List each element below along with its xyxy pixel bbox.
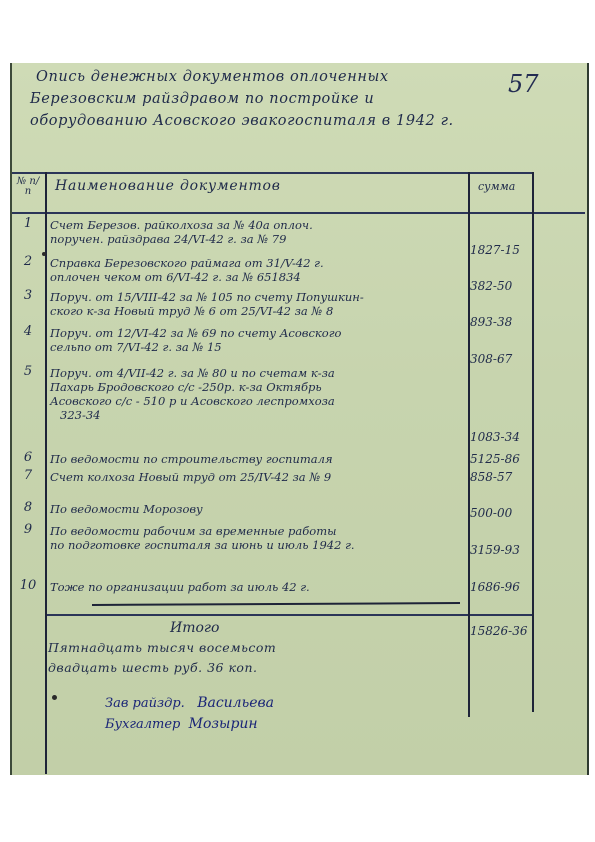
- row-description-line: Справка Березовского раймага от 31/V-42 …: [50, 256, 470, 270]
- row-description-line: по подготовке госпиталя за июнь и июль 1…: [50, 538, 470, 552]
- row-description: Поруч. от 4/VII-42 г. за № 80 и по счета…: [50, 366, 470, 422]
- row-description-line: Тоже по организации работ за июль 42 г.: [50, 580, 470, 594]
- row-description: По ведомости рабочим за временные работы…: [50, 524, 470, 552]
- row-amount: 308-67: [470, 352, 532, 366]
- table-top-rule: [12, 172, 532, 174]
- title-line-3: оборудованию Асовского эвакогоспиталя в …: [30, 110, 570, 132]
- row-description-line: ского к-за Новый труд № 6 от 25/VI-42 за…: [50, 304, 470, 318]
- row-description-line: 323-34: [50, 408, 470, 422]
- ink-spot: [52, 695, 57, 700]
- row-description: Поруч. от 15/VIII-42 за № 105 по счету П…: [50, 290, 470, 318]
- row-amount: 5125-86: [470, 452, 532, 466]
- page-number: 57: [508, 70, 539, 98]
- row-number: 7: [18, 468, 38, 483]
- signature-accountant-name: Мозырин: [189, 716, 258, 732]
- row-description-line: Счет колхоза Новый труд от 25/IV-42 за №…: [50, 470, 470, 484]
- document-title: Опись денежных документов оплоченных Бер…: [30, 66, 570, 132]
- row-number: 5: [18, 364, 38, 379]
- row-number: 2: [18, 254, 38, 269]
- row-description: По ведомости Морозову: [50, 502, 470, 516]
- ink-spot: [42, 252, 46, 256]
- signature-head: Зав райздр. Васильева: [105, 695, 274, 711]
- row-description: Справка Березовского раймага от 31/V-42 …: [50, 256, 470, 284]
- number-column-divider: [45, 172, 47, 774]
- row-amount: 893-38: [470, 315, 532, 329]
- header-number: № п/п: [15, 177, 41, 197]
- row-description: Тоже по организации работ за июль 42 г.: [50, 580, 470, 594]
- row-number: 8: [18, 500, 38, 515]
- row-description-line: Поруч. от 4/VII-42 г. за № 80 и по счета…: [50, 366, 470, 380]
- header-name: Наименование документов: [55, 178, 281, 194]
- header-amount: сумма: [478, 180, 515, 193]
- row-description-line: Поруч. от 15/VIII-42 за № 105 по счету П…: [50, 290, 470, 304]
- row-description-line: сельпо от 7/VI-42 г. за № 15: [50, 340, 470, 354]
- row-description-line: По ведомости рабочим за временные работы: [50, 524, 470, 538]
- row-amount: 382-50: [470, 279, 532, 293]
- row-description-line: По ведомости по строительству госпиталя: [50, 452, 470, 466]
- row-description-line: Поруч. от 12/VI-42 за № 69 по счету Асов…: [50, 326, 470, 340]
- row-description: Поруч. от 12/VI-42 за № 69 по счету Асов…: [50, 326, 470, 354]
- title-line-1: Опись денежных документов оплоченных: [30, 66, 570, 88]
- signature-head-name: Васильева: [197, 695, 274, 711]
- row-amount: 1083-34: [470, 430, 532, 444]
- row-description: По ведомости по строительству госпиталя: [50, 452, 470, 466]
- row-amount: 1686-96: [470, 580, 532, 594]
- row-description-line: По ведомости Морозову: [50, 502, 470, 516]
- row-number: 9: [18, 522, 38, 537]
- row-number: 3: [18, 288, 38, 303]
- row-description-line: поручен. райздрава 24/VI-42 г. за № 79: [50, 232, 470, 246]
- amount-column-right-divider: [532, 172, 534, 712]
- row-number: 6: [18, 450, 38, 465]
- row-description-line: Счет Березов. райколхоза за № 40а оплоч.: [50, 218, 470, 232]
- total-words-line-1: Пятнадцать тысяч восемьсот: [48, 638, 276, 658]
- row-description-line: Пахарь Бродовского с/с -250р. к-за Октяб…: [50, 380, 470, 394]
- row-amount: 500-00: [470, 506, 532, 520]
- row-number: 10: [18, 578, 38, 593]
- row-description-line: оплочен чеком от 6/VI-42 г. за № 651834: [50, 270, 470, 284]
- row-amount: 1827-15: [470, 243, 532, 257]
- total-words-line-2: двадцать шесть руб. 36 коп.: [48, 658, 276, 678]
- signature-head-role: Зав райздр.: [105, 696, 185, 711]
- total-rule: [45, 614, 532, 616]
- row-description-line: Асовского с/с - 510 р и Асовского леспро…: [50, 394, 470, 408]
- total-label: Итого: [170, 620, 219, 636]
- row-amount: 858-57: [470, 470, 532, 484]
- row-description: Счет колхоза Новый труд от 25/IV-42 за №…: [50, 470, 470, 484]
- total-amount: 15826-36: [470, 624, 528, 638]
- total-in-words: Пятнадцать тысяч восемьсот двадцать шест…: [48, 638, 276, 678]
- row-description: Счет Березов. райколхоза за № 40а оплоч.…: [50, 218, 470, 246]
- row-number: 4: [18, 324, 38, 339]
- signature-accountant-role: Бухгалтер: [105, 717, 180, 732]
- row-number: 1: [18, 216, 38, 231]
- table-header-rule: [12, 212, 585, 214]
- row-amount: 3159-93: [470, 543, 532, 557]
- signature-accountant: Бухгалтер Мозырин: [105, 716, 258, 732]
- title-line-2: Березовским райздравом по постройке и: [30, 88, 570, 110]
